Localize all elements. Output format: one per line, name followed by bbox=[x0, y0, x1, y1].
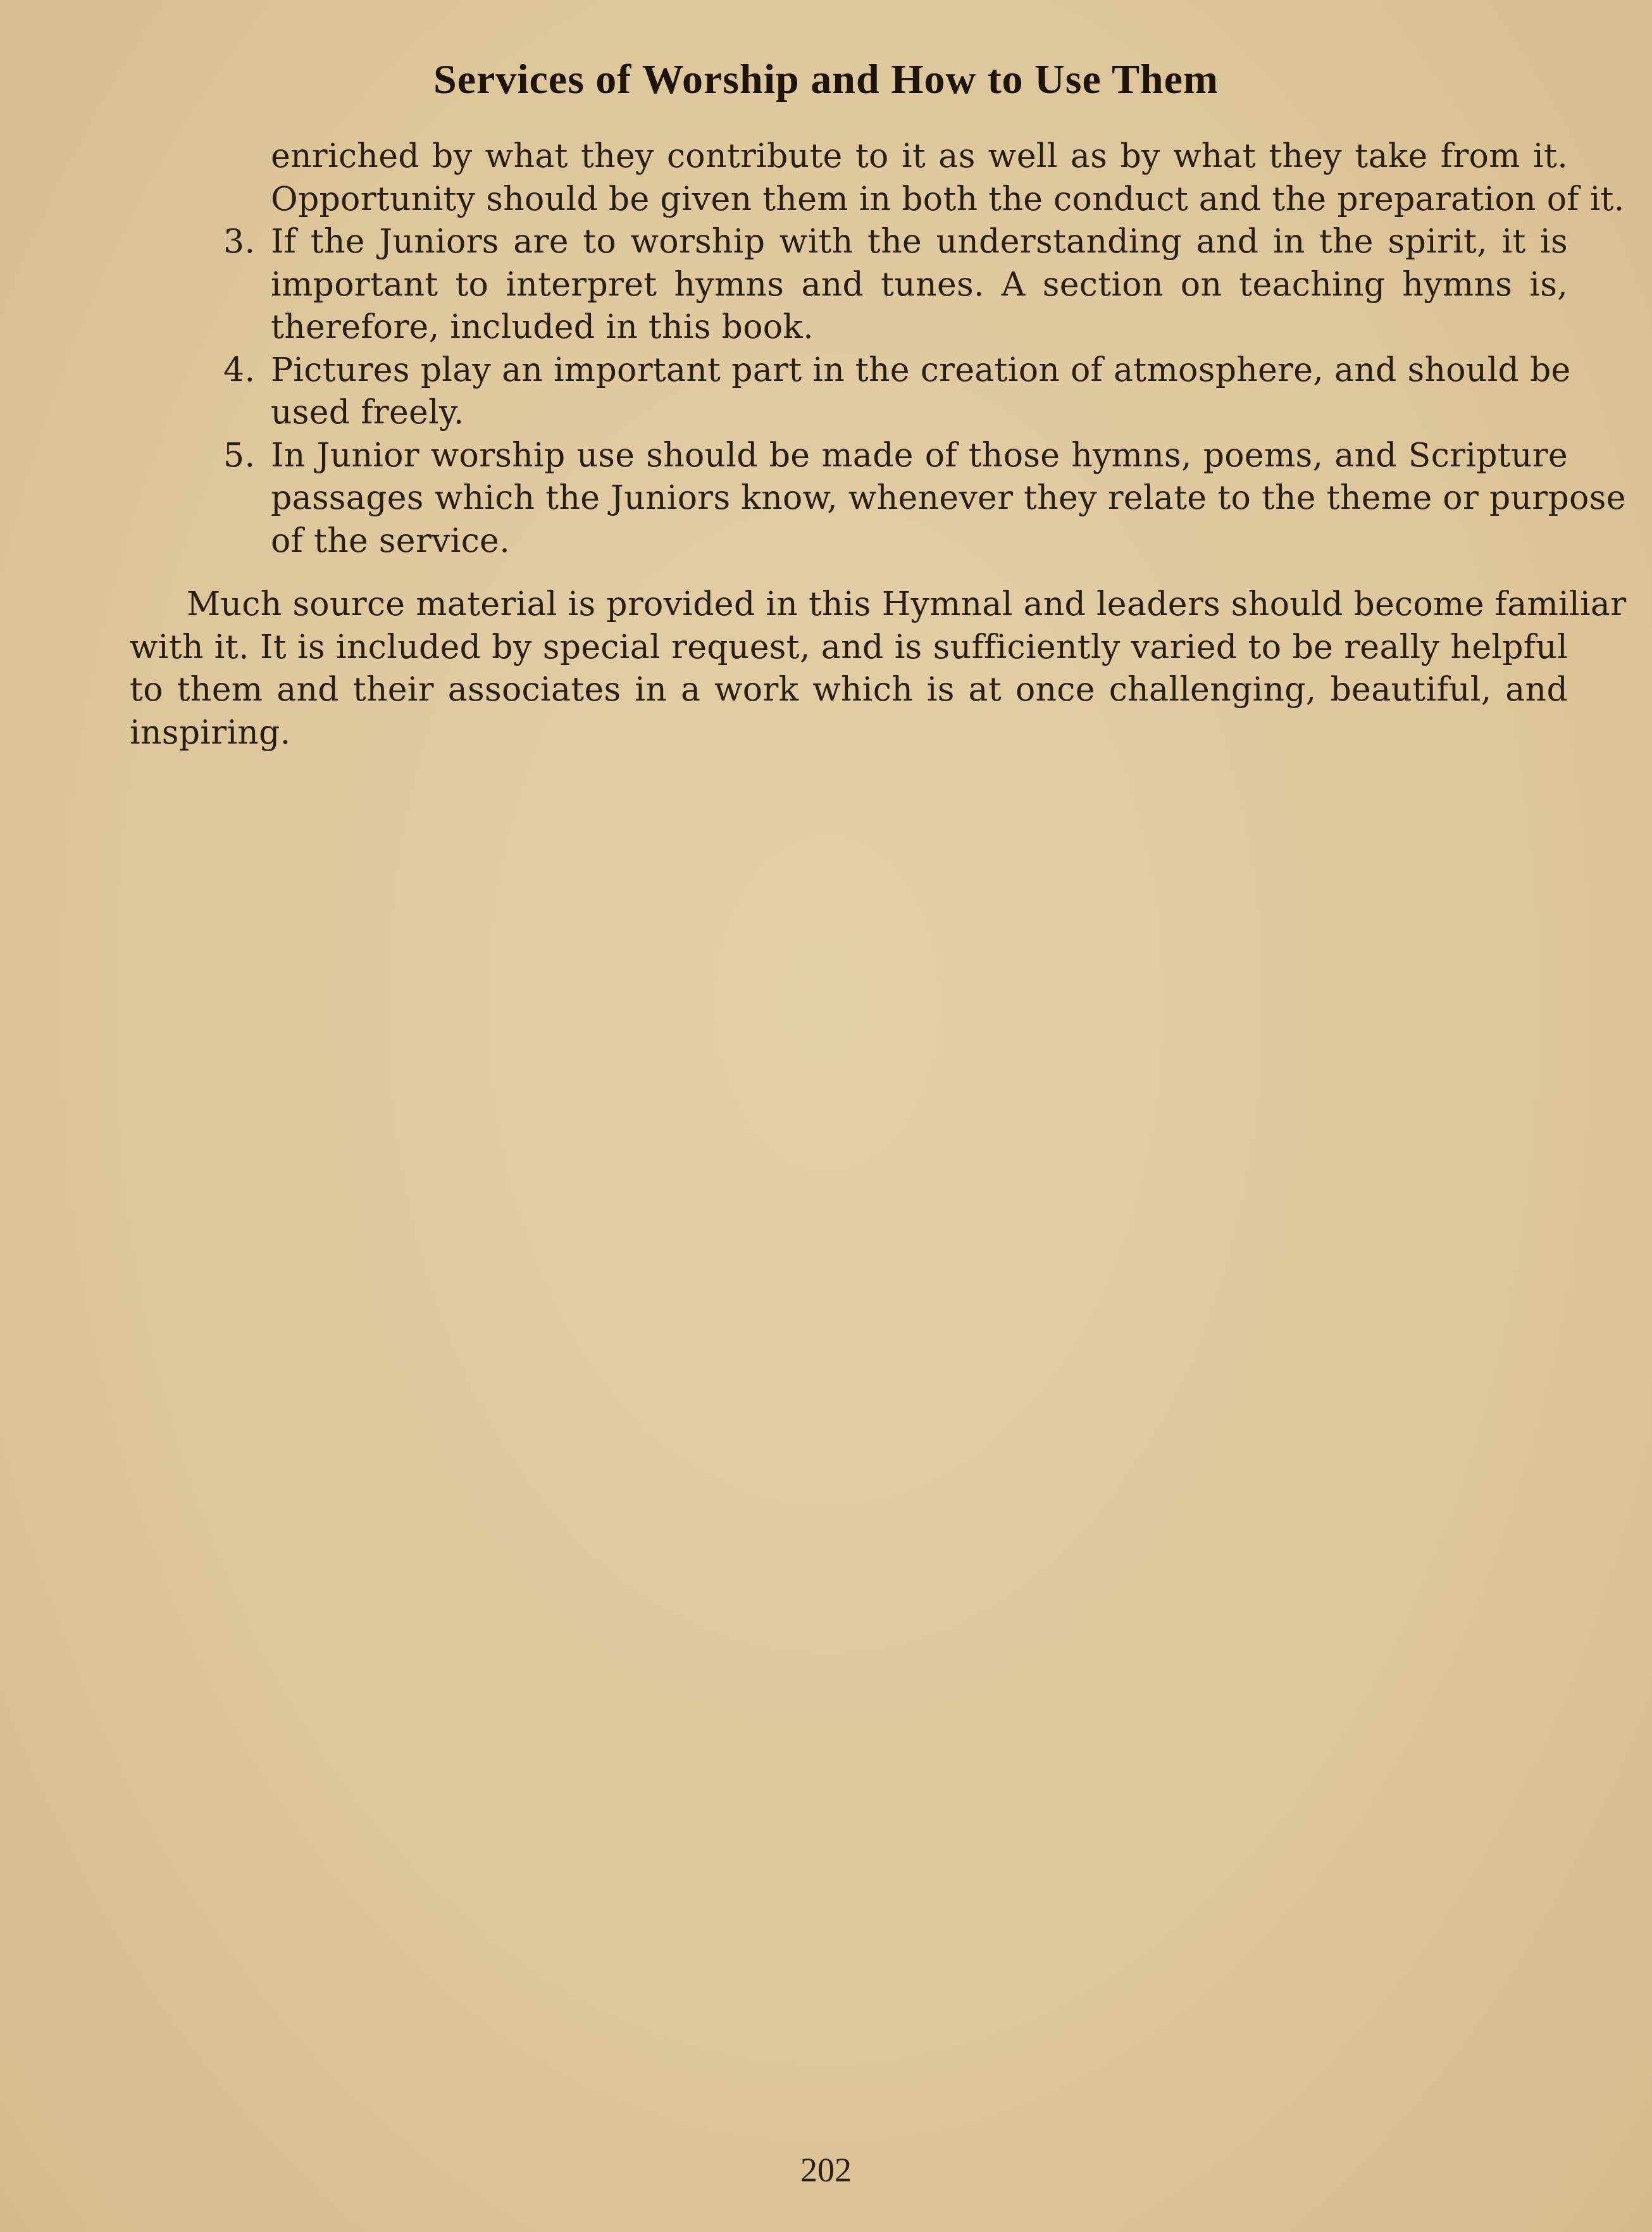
text-line: Much source material is provided in this… bbox=[130, 583, 1568, 627]
page-number: 202 bbox=[0, 2150, 1652, 2190]
text-line: In Junior worship use should be made of … bbox=[271, 435, 1568, 478]
closing-paragraph: Much source material is provided in this… bbox=[130, 583, 1568, 754]
numbered-list: enriched by what they contribute to it a… bbox=[130, 135, 1568, 563]
list-item-5: 5. In Junior worship use should be made … bbox=[130, 435, 1568, 563]
text-line: of the service. bbox=[271, 520, 1568, 563]
running-title: Services of Worship and How to Use Them bbox=[0, 56, 1652, 104]
text-line: inspiring. bbox=[130, 712, 1568, 755]
text-line: therefore, included in this book. bbox=[271, 306, 1568, 349]
text-line: important to interpret hymns and tunes. … bbox=[271, 264, 1568, 307]
list-item-4: 4. Pictures play an important part in th… bbox=[130, 349, 1568, 435]
text-line: to them and their associates in a work w… bbox=[130, 669, 1568, 712]
list-number: 5. bbox=[223, 435, 255, 478]
list-item-3: 3. If the Juniors are to worship with th… bbox=[130, 221, 1568, 349]
text-line: passages which the Juniors know, wheneve… bbox=[271, 477, 1568, 520]
text-line: used freely. bbox=[271, 392, 1568, 435]
text-line: with it. It is included by special reque… bbox=[130, 627, 1568, 670]
list-item-continuation: enriched by what they contribute to it a… bbox=[130, 135, 1568, 221]
text-line: Opportunity should be given them in both… bbox=[271, 178, 1568, 221]
text-line: If the Juniors are to worship with the u… bbox=[271, 221, 1568, 264]
text-line: Pictures play an important part in the c… bbox=[271, 349, 1568, 392]
text-line: enriched by what they contribute to it a… bbox=[271, 135, 1568, 178]
list-number: 4. bbox=[223, 349, 255, 392]
list-number: 3. bbox=[223, 221, 255, 264]
